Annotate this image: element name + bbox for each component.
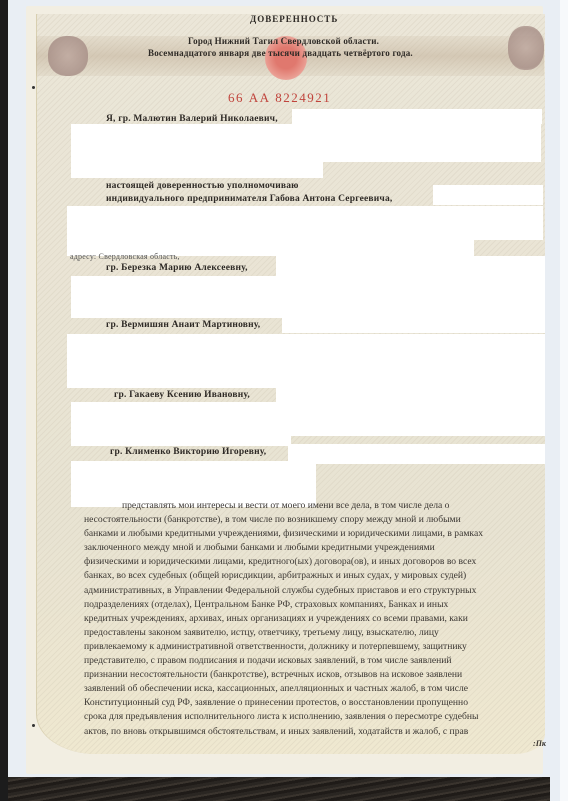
left-rosette-ornament [48, 36, 88, 76]
redaction-block [71, 124, 541, 162]
body-line: срока для предъявления исполнительного л… [84, 710, 546, 724]
body-line: физическими и юридическими лицами, креди… [84, 555, 546, 569]
entrepreneur-line: индивидуального предпринимателя Габова А… [106, 194, 393, 204]
body-line: банками и любыми кредитными учреждениями… [84, 527, 546, 541]
address-fragment: адресу: Свердловская область, [70, 252, 180, 261]
attorney-2: гр. Вермишян Анаит Мартиновну, [106, 320, 260, 330]
binding-hole-marker [32, 86, 35, 89]
attorney-3: гр. Гакаеву Ксению Ивановну, [114, 390, 250, 400]
body-line: банках, во всех судебных (общей юрисдикц… [84, 569, 546, 583]
body-line: подразделениях (отделах), Центральном Ба… [84, 598, 546, 612]
powers-body-text: представлять мои интересы и вести от мое… [84, 499, 546, 749]
attorney-4: гр. Клименко Викторию Игоревну, [110, 447, 266, 457]
principal-line: Я, гр. Малютин Валерий Николаевич, [106, 114, 278, 124]
redaction-block [276, 256, 545, 276]
body-line: признании несостоятельности (банкротстве… [84, 668, 546, 682]
redaction-block [288, 444, 545, 464]
body-line: несостоятельности (банкротстве), в том ч… [84, 513, 546, 527]
redaction-block [71, 276, 545, 318]
redaction-block [71, 436, 291, 446]
place-line: Город Нижний Тагил Свердловской области. [188, 36, 379, 46]
body-line: заключенного между мной и любыми банками… [84, 541, 546, 555]
body-line: актов, по вновь открывшимся обстоятельст… [84, 725, 546, 739]
continuation-mark: :Пк [84, 739, 546, 749]
attorney-1: гр. Березка Марию Алексеевну, [106, 263, 248, 273]
body-line: привлекаемому к административной ответст… [84, 640, 546, 654]
serial-number: 66 АА 8224921 [228, 90, 331, 106]
date-line: Восемнадцатого января две тысячи двадцат… [148, 48, 413, 58]
redaction-block [282, 316, 545, 333]
redaction-block [67, 334, 545, 388]
binding-hole-marker [32, 724, 35, 727]
body-line: административных, в Управлении Федеральн… [84, 584, 546, 598]
redaction-block [292, 109, 542, 124]
body-line: представлять мои интересы и вести от мое… [84, 499, 546, 513]
body-line: представителю, с правом подписания и под… [84, 654, 546, 668]
redaction-block [71, 162, 323, 178]
redaction-block [67, 206, 543, 240]
redaction-block [276, 386, 545, 402]
redaction-block [433, 185, 543, 205]
redaction-block [71, 402, 545, 436]
right-rosette-ornament [508, 26, 544, 70]
body-line: заявлений об обеспечении иска, кассацион… [84, 682, 546, 696]
body-line: кредитных учреждениях, архивах, иных орг… [84, 612, 546, 626]
body-line: Конституционный суд РФ, заявление о прин… [84, 696, 546, 710]
desk-surface [8, 777, 550, 801]
document-title: ДОВЕРЕННОСТЬ [250, 14, 338, 24]
authorize-line: настоящей доверенностью уполномочиваю [106, 181, 299, 191]
body-line: предоставлены законом заявителю, истцу, … [84, 626, 546, 640]
